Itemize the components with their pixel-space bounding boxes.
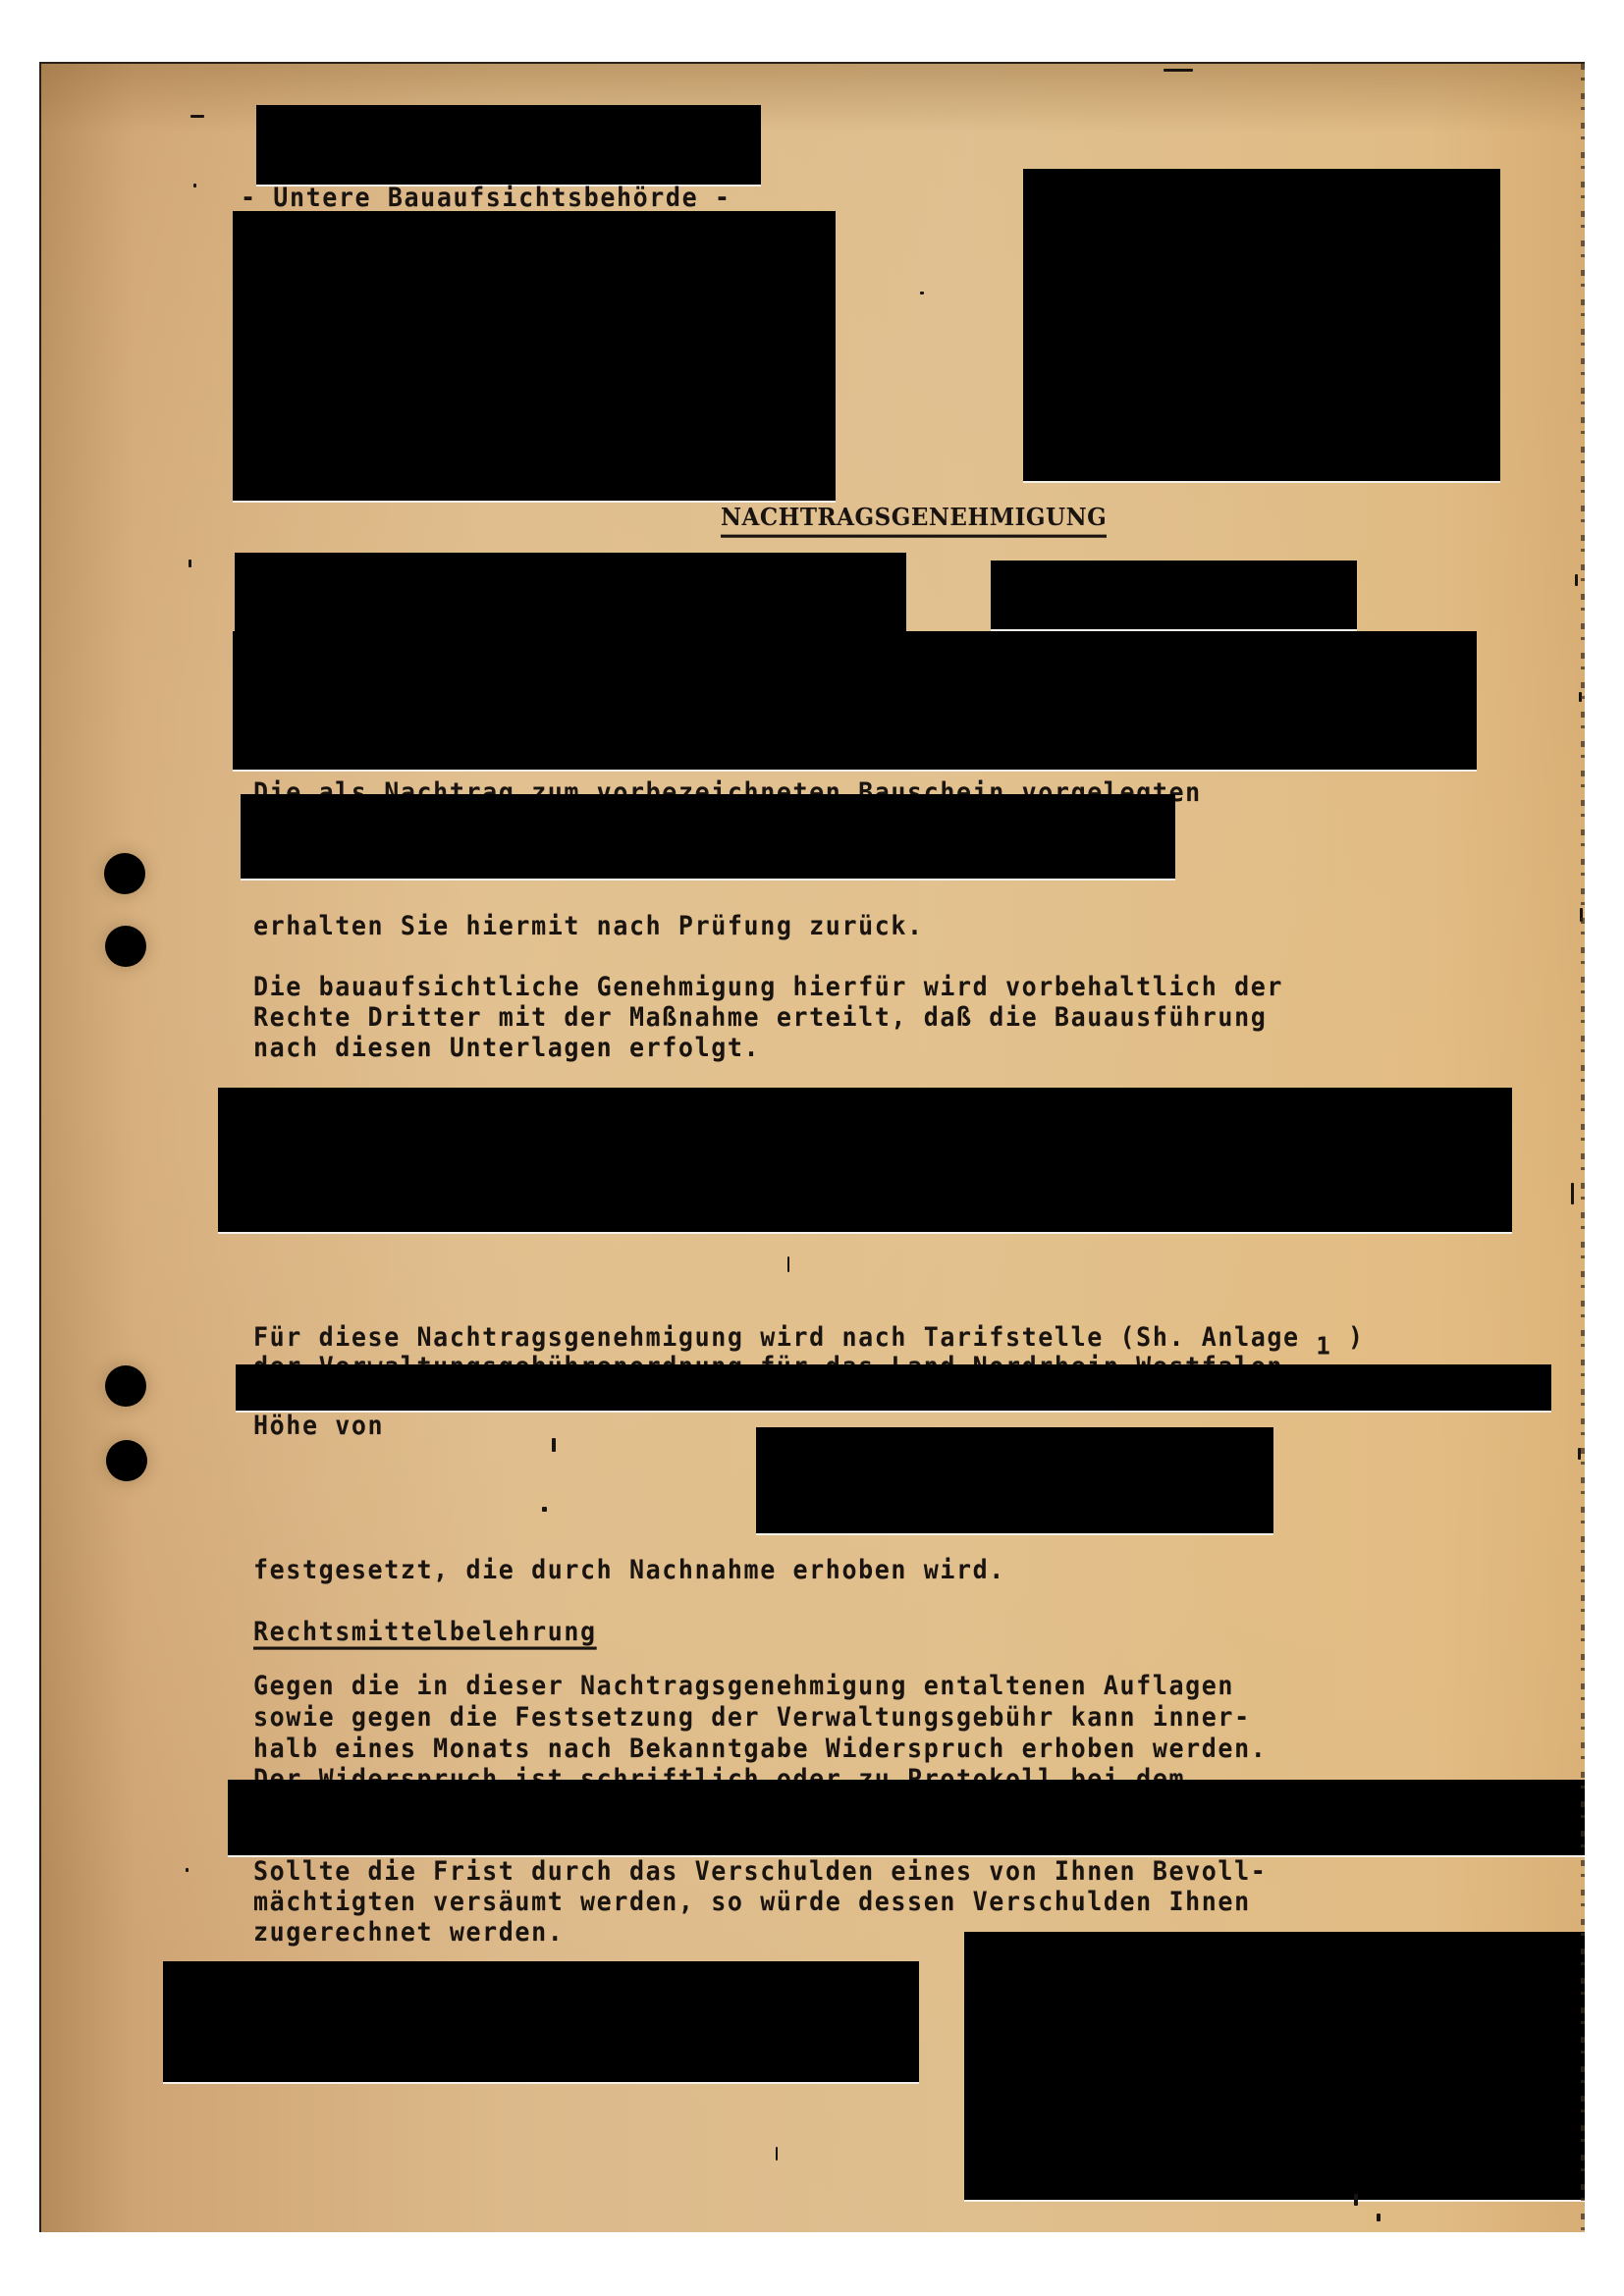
legal-remedy-heading: Rechtsmittelbelehrung bbox=[253, 1616, 597, 1648]
closing-line: mächtigten versäumt werden, so würde des… bbox=[253, 1886, 1251, 1918]
document-title: NACHTRAGSGENEHMIGUNG bbox=[721, 502, 1107, 538]
redacted-authority-address bbox=[228, 1780, 1585, 1857]
scan-speck bbox=[1354, 2194, 1358, 2206]
legal-remedy-line: Gegen die in dieser Nachtragsgenehmigung… bbox=[253, 1670, 1234, 1702]
approval-line: Rechte Dritter mit der Maßnahme erteilt,… bbox=[253, 1001, 1267, 1034]
scan-speck bbox=[1377, 2214, 1380, 2221]
returned-line: erhalten Sie hiermit nach Prüfung zurück… bbox=[253, 910, 924, 942]
approval-line: nach diesen Unterlagen erfolgt. bbox=[253, 1032, 760, 1064]
scan-speck bbox=[920, 292, 924, 294]
fee-line-3: Höhe von bbox=[253, 1410, 384, 1442]
scan-speck bbox=[542, 1507, 547, 1512]
fee-line-1-prefix: Für diese Nachtragsgenehmigung wird nach… bbox=[253, 1322, 1316, 1352]
redacted-fee-amount bbox=[756, 1427, 1273, 1535]
scan-speck bbox=[787, 1256, 789, 1272]
legal-remedy-line: sowie gegen die Festsetzung der Verwaltu… bbox=[253, 1701, 1251, 1734]
scan-speck bbox=[193, 184, 196, 187]
scan-speck bbox=[552, 1438, 556, 1452]
redacted-project-description bbox=[233, 631, 1477, 772]
scan-speck bbox=[1571, 1183, 1574, 1204]
punch-hole bbox=[105, 926, 146, 967]
redacted-recipient-block bbox=[1023, 169, 1500, 483]
scan-speck bbox=[1164, 69, 1193, 72]
scan-speck bbox=[186, 1868, 189, 1872]
scan-speck bbox=[1580, 908, 1583, 922]
redacted-signature-right bbox=[964, 1932, 1585, 2202]
redacted-address-block bbox=[233, 211, 836, 503]
redacted-fee-line bbox=[236, 1364, 1551, 1413]
redacted-reference-left bbox=[235, 553, 906, 633]
fee-line-4: festgesetzt, die durch Nachnahme erhoben… bbox=[253, 1554, 1005, 1586]
scan-speck bbox=[1575, 574, 1578, 586]
redacted-authority-name bbox=[256, 105, 761, 187]
closing-line: zugerechnet werden. bbox=[253, 1916, 564, 1949]
fee-line-1: Für diese Nachtragsgenehmigung wird nach… bbox=[253, 1321, 1365, 1355]
scan-speck bbox=[776, 2147, 778, 2161]
scan-speck bbox=[1578, 1448, 1581, 1460]
scan-speck bbox=[1579, 692, 1582, 702]
scanned-document-page: - Untere Bauaufsichtsbehörde - NACHTRAGS… bbox=[39, 62, 1585, 2232]
redacted-conditions-block bbox=[218, 1088, 1512, 1234]
fee-line-1-suffix: ) bbox=[1331, 1322, 1364, 1352]
punch-hole bbox=[106, 1440, 147, 1481]
punch-hole bbox=[105, 1365, 146, 1407]
redacted-signature-left bbox=[163, 1961, 919, 2084]
closing-line: Sollte die Frist durch das Verschulden e… bbox=[253, 1855, 1267, 1888]
authority-line: - Untere Bauaufsichtsbehörde - bbox=[241, 182, 731, 214]
scan-speck bbox=[189, 560, 191, 567]
punch-hole bbox=[104, 853, 145, 894]
legal-remedy-line: halb eines Monats nach Bekanntgabe Wider… bbox=[253, 1733, 1267, 1765]
approval-line: Die bauaufsichtliche Genehmigung hierfür… bbox=[253, 971, 1283, 1003]
redacted-documents-list bbox=[241, 794, 1175, 881]
annex-number: 1 bbox=[1316, 1332, 1331, 1361]
redacted-reference-right bbox=[991, 561, 1357, 631]
scan-speck bbox=[190, 115, 204, 118]
